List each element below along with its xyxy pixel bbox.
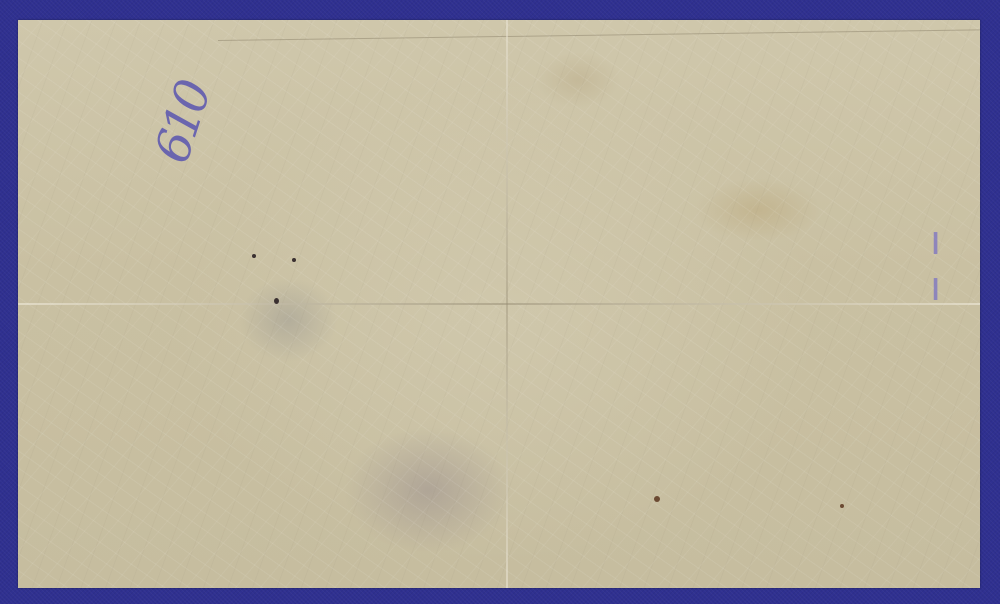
stain-spot — [274, 298, 279, 304]
stain-spot — [252, 254, 256, 258]
vertical-fold-crease — [506, 20, 508, 588]
horizontal-fold-crease — [18, 303, 980, 305]
stain-spot — [654, 496, 660, 502]
stain-spot — [840, 504, 844, 508]
banknote-reverse: 610 ı ı — [18, 20, 980, 588]
stain-spot — [292, 258, 296, 262]
pencil-mark: ı ı — [930, 218, 980, 310]
